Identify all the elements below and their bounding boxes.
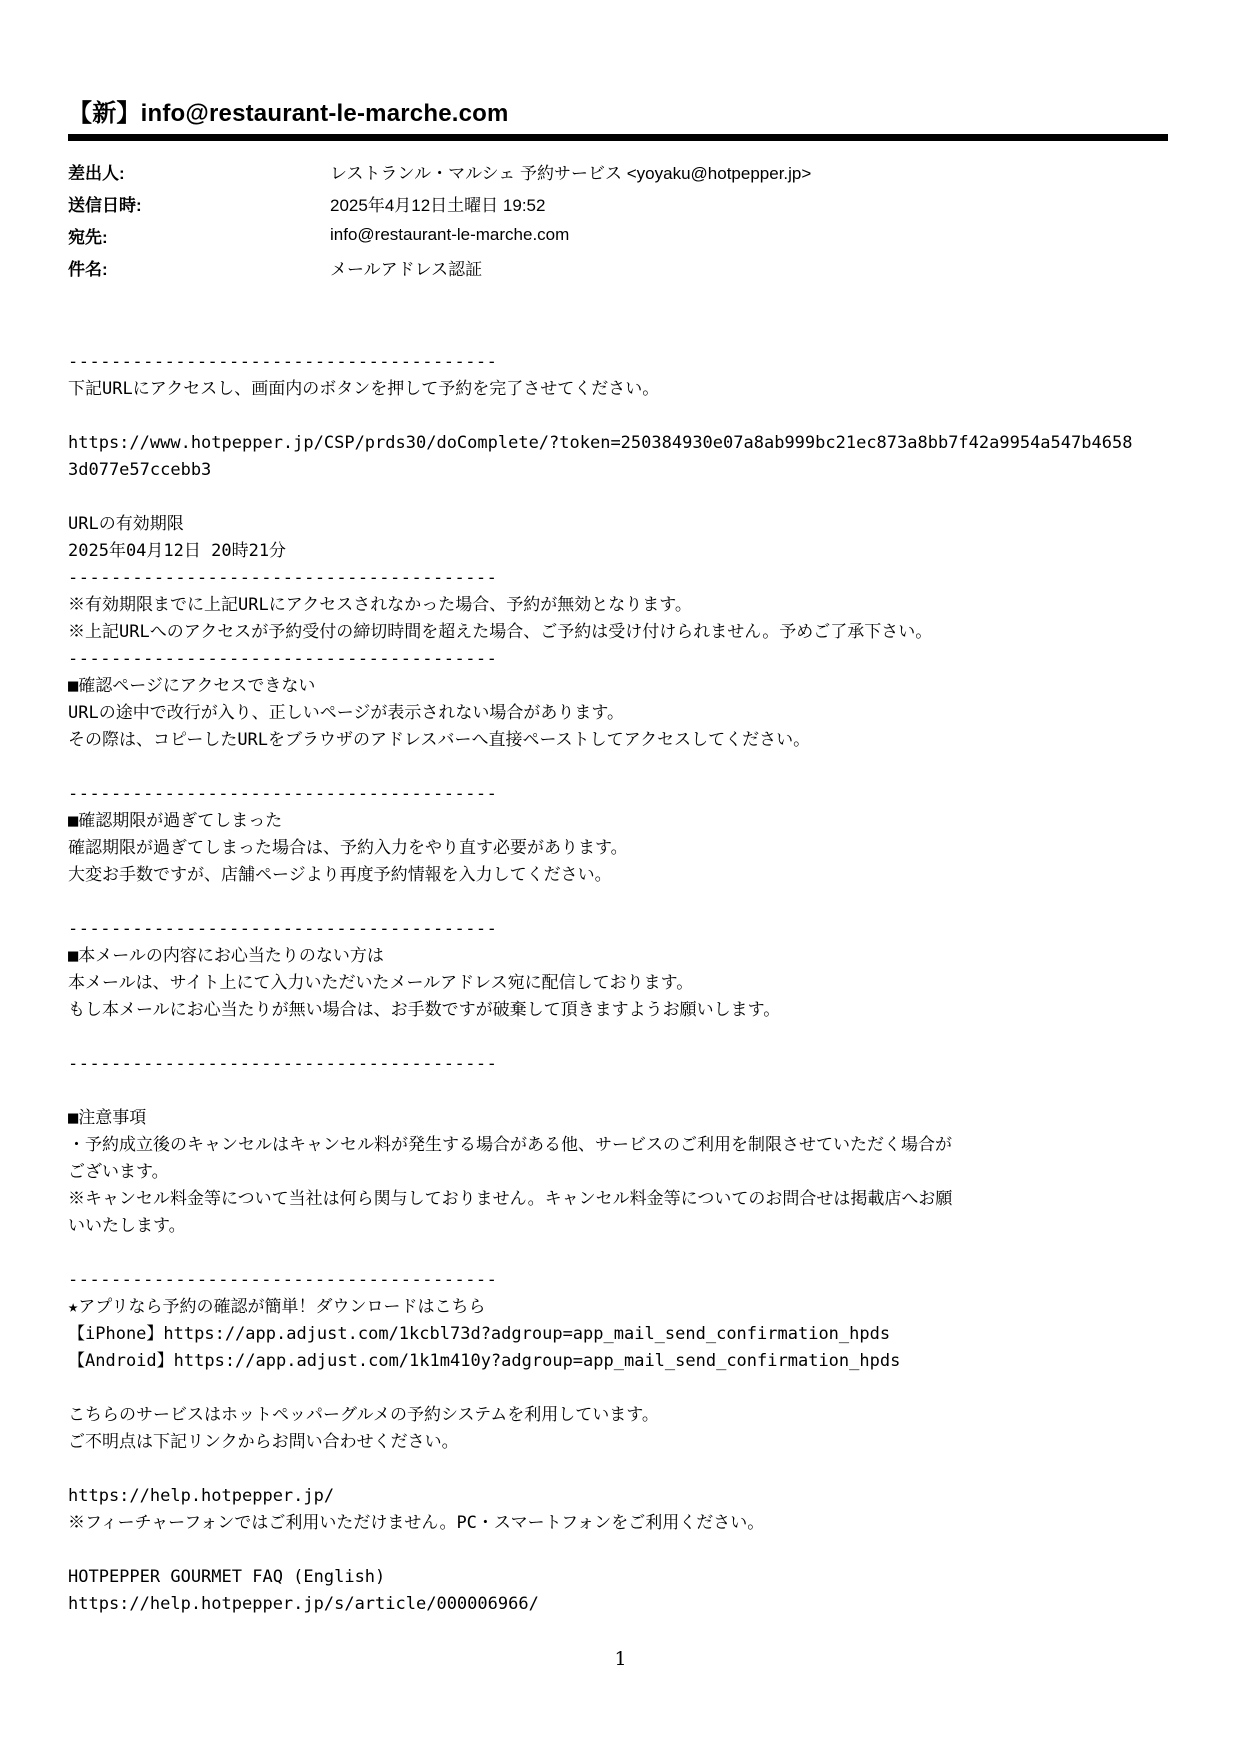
blank-line [68, 1240, 1168, 1267]
meta-row: 差出人:レストランル・マルシェ 予約サービス <yoyaku@hotpepper… [68, 155, 1168, 187]
section-heading-cannot-access: ■確認ページにアクセスできない [68, 673, 1168, 700]
notes-body-1-continuation: ございます。 [68, 1159, 1168, 1186]
unrecognized-mail-body-1: 本メールは、サイト上にて入力いただいたメールアドレス宛に配信しております。 [68, 970, 1168, 997]
email-content: 【新】info@restaurant-le-marche.com 差出人:レスト… [68, 100, 1168, 1618]
meta-fields: 差出人:レストランル・マルシェ 予約サービス <yoyaku@hotpepper… [68, 155, 1168, 283]
email-title: 【新】info@restaurant-le-marche.com [68, 100, 1168, 128]
email-body: ----------------------------------------… [68, 349, 1168, 1618]
app-promo-heading: ★アプリなら予約の確認が簡単！ダウンロードはこちら [68, 1294, 1168, 1321]
cannot-access-body-1: URLの途中で改行が入り、正しいページが表示されない場合があります。 [68, 700, 1168, 727]
meta-value: メールアドレス認証 [330, 255, 482, 280]
blank-line [68, 1537, 1168, 1564]
section-heading-notes: ■注意事項 [68, 1105, 1168, 1132]
deadline-passed-body-1: 確認期限が過ぎてしまった場合は、予約入力をやり直す必要があります。 [68, 835, 1168, 862]
faq-url: https://help.hotpepper.jp/s/article/0000… [68, 1591, 1168, 1618]
url-expiry-heading: URLの有効期限 [68, 511, 1168, 538]
meta-row: 送信日時:2025年4月12日土曜日 19:52 [68, 187, 1168, 219]
service-info-1: こちらのサービスはホットペッパーグルメの予約システムを利用しています。 [68, 1402, 1168, 1429]
meta-label: 差出人: [68, 159, 330, 184]
meta-value: info@restaurant-le-marche.com [330, 225, 569, 245]
meta-label: 送信日時: [68, 191, 330, 216]
blank-line [68, 403, 1168, 430]
verification-url: https://www.hotpepper.jp/CSP/prds30/doCo… [68, 430, 1168, 457]
intro-instruction: 下記URLにアクセスし、画面内のボタンを押して予約を完了させてください。 [68, 376, 1168, 403]
feature-phone-note: ※フィーチャーフォンではご利用いただけません。PC・スマートフォンをご利用くださ… [68, 1510, 1168, 1537]
section-heading-deadline-passed: ■確認期限が過ぎてしまった [68, 808, 1168, 835]
blank-line [68, 1456, 1168, 1483]
url-expiry-datetime: 2025年04月12日 20時21分 [68, 538, 1168, 565]
meta-label: 宛先: [68, 223, 330, 248]
section-heading-unrecognized-mail: ■本メールの内容にお心当たりのない方は [68, 943, 1168, 970]
blank-line [68, 1024, 1168, 1051]
notes-body-2-continuation: いいたします。 [68, 1213, 1168, 1240]
blank-line [68, 484, 1168, 511]
expiry-note-1: ※有効期限までに上記URLにアクセスされなかった場合、予約が無効となります。 [68, 592, 1168, 619]
page-number: 1 [0, 1648, 1241, 1670]
android-app-url: 【Android】https://app.adjust.com/1k1m410y… [68, 1348, 1168, 1375]
separator-line: ---------------------------------------- [68, 646, 1168, 673]
expiry-note-2: ※上記URLへのアクセスが予約受付の締切時間を超えた場合、ご予約は受け付けられま… [68, 619, 1168, 646]
service-info-2: ご不明点は下記リンクからお問い合わせください。 [68, 1429, 1168, 1456]
separator-line: ---------------------------------------- [68, 565, 1168, 592]
email-document-page: 【新】info@restaurant-le-marche.com 差出人:レスト… [0, 0, 1241, 1755]
notes-body-2: ※キャンセル料金等について当社は何ら関与しておりません。キャンセル料金等について… [68, 1186, 1168, 1213]
cannot-access-body-2: その際は、コピーしたURLをブラウザのアドレスバーへ直接ペーストしてアクセスして… [68, 727, 1168, 754]
blank-line [68, 754, 1168, 781]
meta-value: 2025年4月12日土曜日 19:52 [330, 191, 545, 216]
blank-line [68, 889, 1168, 916]
separator-line: ---------------------------------------- [68, 1267, 1168, 1294]
meta-row: 件名:メールアドレス認証 [68, 251, 1168, 283]
blank-line [68, 1078, 1168, 1105]
faq-heading: HOTPEPPER GOURMET FAQ (English) [68, 1564, 1168, 1591]
verification-url-continuation: 3d077e57ccebb3 [68, 457, 1168, 484]
meta-value: レストランル・マルシェ 予約サービス <yoyaku@hotpepper.jp> [330, 159, 811, 184]
blank-line [68, 1375, 1168, 1402]
meta-label: 件名: [68, 255, 330, 280]
separator-line: ---------------------------------------- [68, 781, 1168, 808]
iphone-app-url: 【iPhone】https://app.adjust.com/1kcbl73d?… [68, 1321, 1168, 1348]
separator-line: ---------------------------------------- [68, 1051, 1168, 1078]
help-url: https://help.hotpepper.jp/ [68, 1483, 1168, 1510]
meta-row: 宛先:info@restaurant-le-marche.com [68, 219, 1168, 251]
separator-line: ---------------------------------------- [68, 349, 1168, 376]
unrecognized-mail-body-2: もし本メールにお心当たりが無い場合は、お手数ですが破棄して頂きますようお願いしま… [68, 997, 1168, 1024]
notes-body-1: ・予約成立後のキャンセルはキャンセル料が発生する場合がある他、サービスのご利用を… [68, 1132, 1168, 1159]
deadline-passed-body-2: 大変お手数ですが、店舗ページより再度予約情報を入力してください。 [68, 862, 1168, 889]
title-divider-rule [68, 134, 1168, 141]
separator-line: ---------------------------------------- [68, 916, 1168, 943]
